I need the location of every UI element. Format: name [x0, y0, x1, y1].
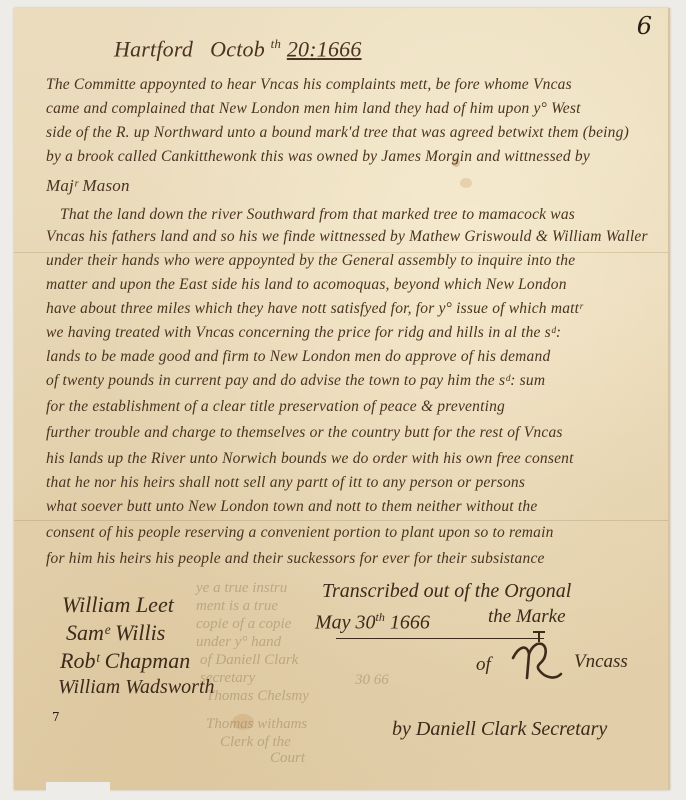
document-heading: Hartford Octob th 20:1666	[114, 36, 362, 62]
faint-note: 30 66	[355, 672, 389, 689]
body-line: under their hands who were appoynted by …	[46, 252, 575, 270]
body-line: came and complained that New London men …	[46, 100, 581, 118]
body-line: his lands up the River unto Norwich boun…	[46, 450, 574, 468]
body-line: matter and upon the East side his land t…	[46, 276, 567, 294]
faint-note: ment is a true	[196, 598, 278, 615]
body-line: we having treated with Vncas concerning …	[46, 324, 561, 342]
signature: William Leet	[62, 592, 174, 618]
transcription-day: 30	[356, 612, 376, 634]
body-line: Majʳ Mason	[46, 176, 130, 196]
body-line: for the establishment of a clear title p…	[46, 398, 505, 416]
heading-place: Hartford	[114, 36, 193, 61]
transcription-date: May 30th 1666	[315, 610, 430, 635]
water-stain	[460, 178, 472, 188]
transcription-note: Transcribed out of the Orgonal	[322, 580, 571, 603]
body-line: what soever butt unto New London town an…	[46, 498, 537, 516]
heading-month: Octob	[210, 36, 265, 61]
faint-note: of Daniell Clark	[200, 652, 298, 669]
mark-name: Vncass	[574, 651, 628, 673]
page-number: 6	[637, 12, 652, 40]
body-line: further trouble and charge to themselves…	[46, 424, 563, 442]
body-line: of twenty pounds in current pay and do a…	[46, 372, 545, 390]
body-line: that he nor his heirs shall nott sell an…	[46, 474, 525, 492]
folio-mark: 7	[52, 710, 60, 724]
transcription-month: May	[315, 612, 351, 634]
body-line: have about three miles which they have n…	[46, 300, 583, 318]
signature: Robᵗ Chapman	[60, 648, 190, 674]
transcription-day-suffix: th	[376, 610, 385, 624]
torn-edge	[46, 782, 110, 796]
body-line: That the land down the river Southward f…	[60, 206, 575, 224]
body-line: for him his heirs his people and their s…	[46, 550, 545, 568]
signature: Samᵉ Willis	[66, 620, 165, 646]
faint-note: Court	[270, 750, 305, 767]
heading-day-suffix: th	[271, 36, 282, 51]
signature: William Wadsworth	[58, 676, 215, 699]
faint-note: Thomas Chelsmy	[206, 688, 309, 705]
body-line: side of the R. up Northward unto a bound…	[46, 124, 629, 142]
body-line: by a brook called Cankitthewonk this was…	[46, 148, 590, 166]
mark-of-label: of	[476, 654, 491, 676]
body-line: The Committe appoynted to hear Vncas his…	[46, 76, 572, 94]
body-line: Vncas his fathers land and so his we fin…	[46, 228, 648, 246]
faint-note: copie of a copie	[196, 616, 291, 633]
faint-note: Clerk of the	[220, 734, 291, 751]
transcription-year: 1666	[390, 612, 430, 634]
body-line: lands to be made good and firm to New Lo…	[46, 348, 550, 366]
faint-note: under y° hand	[196, 634, 281, 651]
faint-note: ye a true instru	[196, 580, 287, 597]
fold-crease	[14, 520, 668, 521]
uncas-mark-icon	[505, 628, 575, 686]
faint-note: Thomas withams	[206, 716, 307, 733]
clerk-signature: by Daniell Clark Secretary	[392, 718, 607, 741]
mark-label: the Marke	[488, 606, 566, 628]
body-line: consent of his people reserving a conven…	[46, 524, 554, 542]
heading-year: 1666	[317, 36, 362, 61]
heading-day: 20	[287, 36, 309, 61]
